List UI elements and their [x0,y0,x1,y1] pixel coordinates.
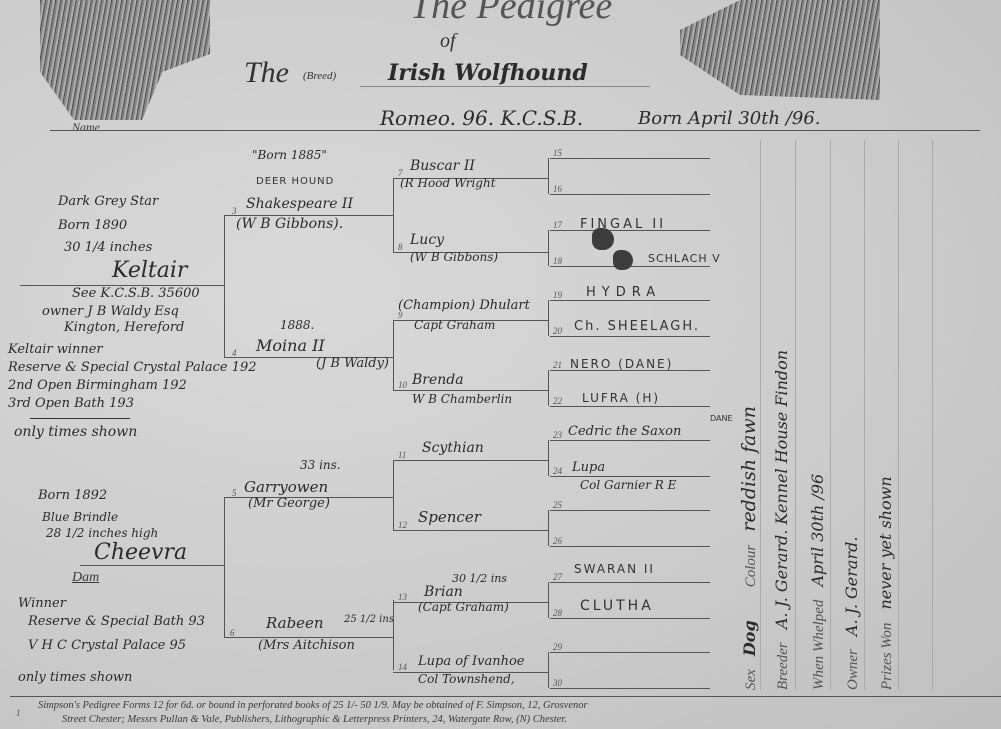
gen2-name: Rabeen [266,614,324,632]
gen4-number: 30 [553,678,562,688]
gen4-rule [550,300,710,301]
detail-value: reddish fawn [738,406,760,532]
detail-label: When Whelped [811,600,827,690]
gen4-number: 19 [553,290,562,300]
gen4-rule [550,688,710,689]
wolfhound-head-right-illustration [680,0,880,100]
bracket-gen3 [393,320,394,390]
gen3-number: 13 [398,592,407,602]
dog-name: Romeo. 96. K.C.S.B. [380,106,583,130]
title-of: of [440,30,456,53]
gen4-number: 23 [553,430,562,440]
gen4-name: SCHLACH V [648,252,721,265]
sire-note: Dark Grey Star [58,194,158,209]
name-label: Name [72,120,100,135]
pedigree-title: The Pedigree [410,0,612,28]
detail-column-rule [932,140,933,690]
bracket-gen4 [548,652,549,688]
detail-value: Dog [740,620,759,656]
gen4-rule [550,406,710,407]
footer-corner-number: 1 [16,708,21,718]
detail-label: Breeder [775,642,791,690]
sire-win: 2nd Open Birmingham 192 [8,378,187,393]
gen2-pre: 25 1/2 ins [344,614,394,625]
sire-win: Reserve & Special Crystal Palace 192 [8,360,257,375]
bracket-gen4 [548,158,549,194]
detail-label: Owner [845,649,861,690]
sire-note: Born 1890 [58,218,127,233]
ink-blot [613,250,633,270]
gen4-rule [550,440,710,441]
gen4-rule [550,336,710,337]
gen4-number: 22 [553,396,562,406]
gen3-name: Scythian [422,440,484,456]
sire-stud: See K.C.S.B. 35600 [72,286,200,301]
dog-born: Born April 30th /96. [638,108,821,129]
dam-win: V H C Crystal Palace 95 [28,638,186,653]
gen4-rule [550,618,710,619]
dam-name: Cheevra [94,540,187,565]
gen4-number: 17 [553,220,562,230]
gen4-number: 26 [553,536,562,546]
gen3-owner: W B Chamberlin [412,392,512,406]
footer-rule [10,696,1001,697]
sire-note: 30 1/4 inches [64,240,152,255]
gen3-owner: (Capt Graham) [418,600,509,614]
detail-prizes: Prizes Won never yet shown [876,476,896,690]
detail-column-rule [830,140,831,690]
gen2-pre: 1888. [280,318,314,332]
gen4-name: CLUTHA [580,598,654,614]
detail-value: A. J. Gerard. [842,537,861,636]
dam-footnote: only times shown [18,670,132,685]
gen3-owner: (W B Gibbons) [410,250,498,264]
gen4-number: 24 [553,466,562,476]
detail-value: April 30th /96 [808,474,827,587]
gen4-rule [550,582,710,583]
dam-note: Blue Brindle [42,510,118,524]
dam-win: Winner [18,596,66,611]
detail-sex: Sex Dog Colour reddish fawn [738,406,760,690]
gen4-rule [550,546,710,547]
gen4-note: DANE [710,414,733,423]
gen2-owner: (W B Gibbons). [236,216,343,232]
gen2-owner: (Mrs Aitchison [258,638,355,653]
gen3-number: 11 [398,450,406,460]
gen4-number: 20 [553,326,562,336]
gen2-name: Garryowen [244,478,328,496]
gen4-name: HYDRA [586,285,661,300]
gen4-rule [550,158,710,159]
gen2-owner: (J B Waldy) [316,356,389,371]
gen3-name: Lupa of Ivanhoe [418,654,524,669]
dam-win: Reserve & Special Bath 93 [28,614,205,629]
sire-owner: owner J B Waldy Esq [42,304,179,319]
name-rule [50,130,980,131]
gen2-pre: DEER HOUND [256,176,334,187]
gen4-number: 29 [553,642,562,652]
bracket-dam [224,497,225,637]
gen3-name: Brian [424,584,463,600]
gen3-number: 14 [398,662,407,672]
footer-line-1: Simpson's Pedigree Forms 12 for 6d. or b… [38,700,588,711]
bracket-gen4 [548,510,549,546]
sire-wins-underline [30,418,130,419]
gen4-name: SWARAN II [574,562,655,576]
gen3-name: Spencer [418,508,481,526]
sire-footnote: only times shown [14,424,137,440]
gen3-name: Lucy [410,232,444,248]
gen3-name: Buscar II [410,158,475,174]
detail-label: Sex [743,669,759,690]
detail-column-rule [760,140,761,690]
bracket-gen4 [548,440,549,476]
bracket-sire [224,215,225,357]
ink-blot [592,228,614,250]
gen3-name: Brenda [412,372,464,388]
bracket-gen4 [548,230,549,266]
detail-column-rule [864,140,865,690]
sire-name: Keltair [112,258,187,283]
the-label: The [244,56,289,90]
gen3-number: 8 [398,242,403,252]
detail-column-rule [795,140,796,690]
pedigree-sheet: The Pedigree of The (Breed) Irish Wolfho… [0,0,1001,729]
dam-note: Born 1892 [38,488,107,503]
detail-value: A. J. Gerard. Kennel House Findon [772,350,791,629]
sire-owner: Kington, Hereford [64,320,184,335]
gen3-number: 10 [398,380,407,390]
detail-value: never yet shown [876,476,895,609]
bracket-gen4 [548,370,549,406]
detail-whelped: When Whelped April 30th /96 [808,474,828,690]
breed-value: Irish Wolfhound [388,60,588,86]
gen4-name: LUFRA (H) [582,391,660,405]
footer-line-2: Street Chester; Messrs Pullan & Vale, Pu… [62,714,567,725]
gen4-rule [550,652,710,653]
gen2-name: Moina II [256,336,325,355]
bracket-gen3 [393,178,394,252]
breed-label: (Breed) [303,70,336,82]
gen4-rule [550,476,710,477]
gen3-owner: Capt Graham [414,318,495,332]
gen3-number: 12 [398,520,407,530]
bracket-gen3 [393,460,394,530]
gen4-name: Ch. SHEELAGH. [574,319,700,334]
gen4-number: 25 [553,500,562,510]
gen4-number: 21 [553,360,562,370]
detail-label: Colour [743,545,759,588]
gen4-rule [550,510,710,511]
dam-note: 28 1/2 inches high [46,526,158,540]
bracket-gen4 [548,582,549,618]
sire-win: Keltair winner [8,342,103,357]
bracket-gen4 [548,300,549,336]
detail-column-rule [898,140,899,690]
gen4-name: Lupa [572,460,605,475]
gen4-number: 27 [553,572,562,582]
gen4-number: 28 [553,608,562,618]
gen3-rule [393,530,548,531]
gen2-pre: 33 ins. [300,458,341,472]
gen4-number: 18 [553,256,562,266]
gen4-name: NERO (DANE) [570,357,673,371]
wolfhound-head-left-illustration [40,0,210,120]
gen2-pre: "Born 1885" [252,148,327,162]
gen4-rule [550,194,710,195]
detail-owner: Owner A. J. Gerard. [842,537,862,690]
gen3-rule [393,390,548,391]
gen4-number: 15 [553,148,562,158]
gen4-number: 16 [553,184,562,194]
dam-label: Dam [72,570,99,586]
gen3-owner: (R Hood Wright [400,176,496,190]
sire-win: 3rd Open Bath 193 [8,396,134,411]
gen4-owner: Col Garnier R E [580,478,676,492]
detail-label: Prizes Won [879,623,895,690]
gen2-owner: (Mr George) [248,496,330,511]
gen2-name: Shakespeare II [246,196,353,212]
gen3-owner: Col Townshend, [418,672,515,686]
bracket-gen3 [393,600,394,670]
gen4-name: Cedric the Saxon [568,424,681,439]
detail-breeder: Breeder A. J. Gerard. Kennel House Findo… [772,350,792,690]
gen3-rule [393,460,548,461]
gen3-name: (Champion) Dhulart [398,298,530,313]
breed-rule [360,86,650,87]
dam-rule [80,565,225,566]
